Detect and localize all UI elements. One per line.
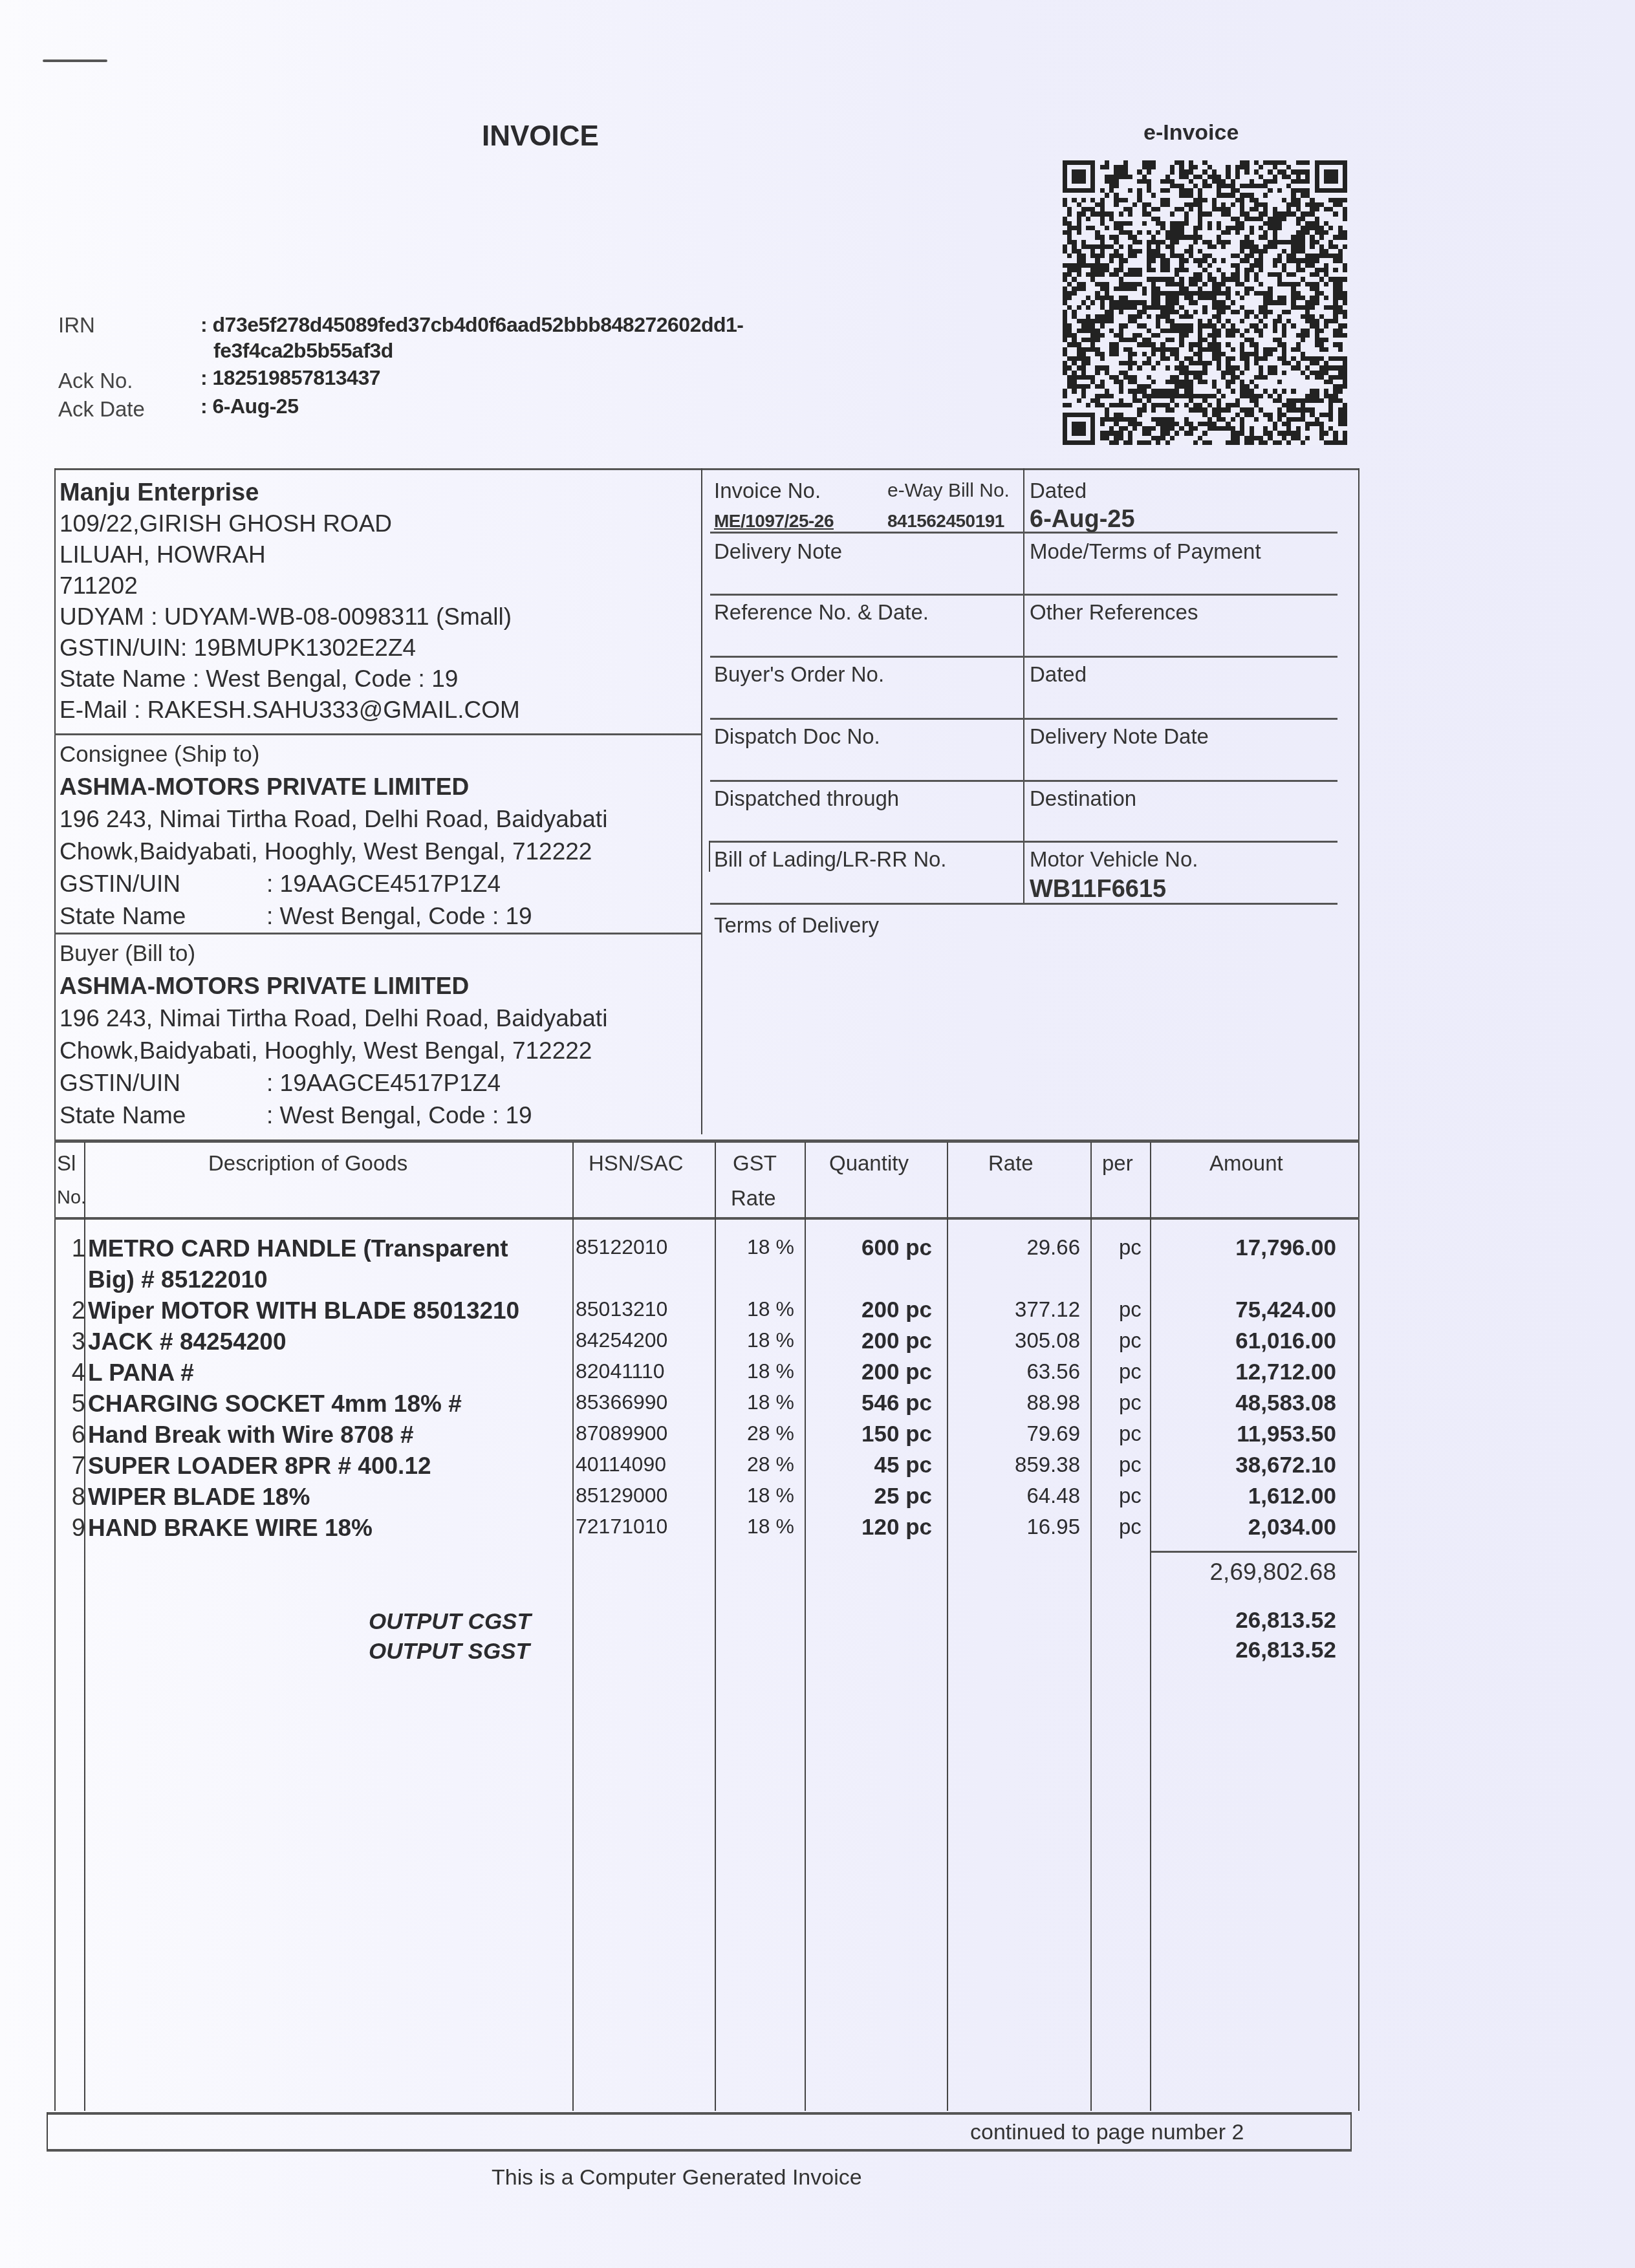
other-references-label: Other References bbox=[1030, 600, 1198, 625]
row-amount: 2,034.00 bbox=[1248, 1515, 1336, 1540]
table-row: 7 SUPER LOADER 8PR # 400.12 40114090 28 … bbox=[0, 1453, 1635, 1484]
table-row: 4 L PANA # 82041110 18 % 200 pc 63.56 pc… bbox=[0, 1359, 1635, 1390]
eway-bill-value: 841562450191 bbox=[887, 511, 1004, 532]
reference-label: Reference No. & Date. bbox=[714, 600, 929, 625]
row-hsn: 85122010 bbox=[576, 1235, 667, 1259]
row-hsn: 85366990 bbox=[576, 1390, 667, 1414]
subtotal-amount: 2,69,802.68 bbox=[1210, 1559, 1336, 1586]
row-description: SUPER LOADER 8PR # 400.12 bbox=[88, 1453, 431, 1480]
irn-value-line2: fe3f4ca2b5b55af3d bbox=[213, 339, 393, 363]
col-header-description: Description of Goods bbox=[208, 1151, 407, 1176]
dated-label: Dated bbox=[1030, 479, 1087, 503]
row-quantity: 200 pc bbox=[861, 1359, 932, 1385]
row-description: JACK # 84254200 bbox=[88, 1328, 287, 1355]
table-row: 6 Hand Break with Wire 8708 # 87089900 2… bbox=[0, 1421, 1635, 1453]
row-amount: 17,796.00 bbox=[1235, 1235, 1336, 1261]
row-rate: 29.66 bbox=[1026, 1235, 1080, 1260]
ack-date-value: : 6-Aug-25 bbox=[200, 394, 298, 418]
dispatched-through-label: Dispatched through bbox=[714, 786, 899, 811]
row-sl: 2 bbox=[72, 1297, 85, 1325]
col-header-per: per bbox=[1102, 1151, 1133, 1176]
row-rate: 88.98 bbox=[1026, 1390, 1080, 1415]
consignee-address-line2: Chowk,Baidyabati, Hooghly, West Bengal, … bbox=[60, 836, 607, 868]
consignee-gstin-label: GSTIN/UIN bbox=[60, 870, 180, 897]
row-gst: 18 % bbox=[747, 1359, 794, 1383]
row-per: pc bbox=[1119, 1484, 1142, 1508]
row-rate: 64.48 bbox=[1026, 1484, 1080, 1508]
row-amount: 12,712.00 bbox=[1235, 1359, 1336, 1385]
consignee-state-label: State Name bbox=[60, 903, 186, 929]
consignee-state: : West Bengal, Code : 19 bbox=[266, 900, 532, 933]
row-quantity: 200 pc bbox=[861, 1297, 932, 1323]
row-hsn: 40114090 bbox=[576, 1453, 666, 1476]
row-hsn: 84254200 bbox=[576, 1328, 667, 1352]
row-rate: 305.08 bbox=[1015, 1328, 1080, 1353]
invoice-no-value: ME/1097/25-26 bbox=[714, 511, 834, 532]
row-amount: 48,583.08 bbox=[1235, 1390, 1336, 1416]
row-amount: 38,672.10 bbox=[1235, 1453, 1336, 1478]
row-hsn: 72171010 bbox=[576, 1515, 667, 1539]
tax-amount-sgst: 26,813.52 bbox=[1235, 1637, 1336, 1663]
row-hsn: 82041110 bbox=[576, 1359, 665, 1383]
col-header-quantity: Quantity bbox=[829, 1151, 909, 1176]
row-description: METRO CARD HANDLE (Transparent bbox=[88, 1235, 508, 1262]
col-header-gst-rate: Rate bbox=[731, 1186, 776, 1211]
row-description: WIPER BLADE 18% bbox=[88, 1484, 310, 1511]
dated-value: 6-Aug-25 bbox=[1030, 506, 1135, 534]
row-per: pc bbox=[1119, 1453, 1142, 1477]
row-quantity: 546 pc bbox=[861, 1390, 932, 1416]
table-row-continuation: Big) # 85122010 bbox=[0, 1266, 1635, 1297]
row-hsn: 85013210 bbox=[576, 1297, 667, 1321]
buyer-heading: Buyer (Bill to) bbox=[60, 938, 607, 970]
buyer-state: : West Bengal, Code : 19 bbox=[266, 1099, 532, 1132]
ack-date-label: Ack Date bbox=[58, 397, 145, 422]
col-header-sl: Sl bbox=[57, 1151, 76, 1176]
delivery-note-label: Delivery Note bbox=[714, 539, 842, 564]
row-rate: 859.38 bbox=[1015, 1453, 1080, 1477]
row-quantity: 120 pc bbox=[861, 1515, 932, 1540]
consignee-name: ASHMA-MOTORS PRIVATE LIMITED bbox=[60, 771, 607, 803]
row-quantity: 25 pc bbox=[874, 1484, 933, 1509]
document-title: INVOICE bbox=[482, 120, 599, 153]
table-row: 1 METRO CARD HANDLE (Transparent 8512201… bbox=[0, 1235, 1635, 1266]
irn-value-line1: : d73e5f278d45089fed37cb4d0f6aad52bbb848… bbox=[200, 313, 743, 337]
ack-no-value: : 182519857813437 bbox=[200, 366, 380, 390]
col-header-gst: GST bbox=[733, 1151, 777, 1176]
buyer-address-line2: Chowk,Baidyabati, Hooghly, West Bengal, … bbox=[60, 1035, 607, 1067]
seller-gstin: GSTIN/UIN: 19BMUPK1302E2Z4 bbox=[60, 632, 520, 664]
row-hsn: 87089900 bbox=[576, 1421, 667, 1445]
row-per: pc bbox=[1119, 1359, 1142, 1384]
row-gst: 28 % bbox=[747, 1453, 794, 1476]
row-per: pc bbox=[1119, 1421, 1142, 1446]
row-description-line2: Big) # 85122010 bbox=[88, 1266, 268, 1293]
buyer-name: ASHMA-MOTORS PRIVATE LIMITED bbox=[60, 970, 607, 1002]
row-gst: 18 % bbox=[747, 1484, 794, 1507]
row-sl: 7 bbox=[72, 1453, 85, 1480]
buyer-state-label: State Name bbox=[60, 1102, 186, 1129]
seller-block: Manju Enterprise 109/22,GIRISH GHOSH ROA… bbox=[60, 477, 520, 726]
row-description: Wiper MOTOR WITH BLADE 85013210 bbox=[88, 1297, 519, 1324]
row-hsn: 85129000 bbox=[576, 1484, 667, 1507]
col-header-amount: Amount bbox=[1209, 1151, 1283, 1176]
row-sl: 4 bbox=[72, 1359, 85, 1387]
continued-note: continued to page number 2 bbox=[970, 2120, 1244, 2145]
row-per: pc bbox=[1119, 1297, 1142, 1322]
ack-no-label: Ack No. bbox=[58, 369, 133, 393]
table-row: 9 HAND BRAKE WIRE 18% 72171010 18 % 120 … bbox=[0, 1515, 1635, 1546]
row-description: L PANA # bbox=[88, 1359, 194, 1387]
eway-bill-label: e-Way Bill No. bbox=[887, 480, 1010, 502]
seller-city: LILUAH, HOWRAH bbox=[60, 539, 520, 570]
row-description: HAND BRAKE WIRE 18% bbox=[88, 1515, 373, 1542]
tax-label-cgst: OUTPUT CGST bbox=[369, 1609, 531, 1635]
row-sl: 5 bbox=[72, 1390, 85, 1418]
order-dated-label: Dated bbox=[1030, 662, 1087, 687]
row-amount: 75,424.00 bbox=[1235, 1297, 1336, 1323]
buyer-address-line1: 196 243, Nimai Tirtha Road, Delhi Road, … bbox=[60, 1002, 607, 1035]
row-quantity: 200 pc bbox=[861, 1328, 932, 1354]
row-gst: 28 % bbox=[747, 1421, 794, 1445]
buyers-order-label: Buyer's Order No. bbox=[714, 662, 884, 687]
row-gst: 18 % bbox=[747, 1390, 794, 1414]
col-header-hsn: HSN/SAC bbox=[589, 1151, 684, 1176]
vehicle-no-label: Motor Vehicle No. bbox=[1030, 847, 1198, 872]
row-gst: 18 % bbox=[747, 1328, 794, 1352]
row-per: pc bbox=[1119, 1515, 1142, 1539]
consignee-block: Consignee (Ship to) ASHMA-MOTORS PRIVATE… bbox=[60, 739, 607, 933]
delivery-note-date-label: Delivery Note Date bbox=[1030, 724, 1209, 749]
row-quantity: 600 pc bbox=[861, 1235, 932, 1261]
row-per: pc bbox=[1119, 1328, 1142, 1353]
row-rate: 377.12 bbox=[1015, 1297, 1080, 1322]
row-sl: 6 bbox=[72, 1421, 85, 1449]
payment-terms-label: Mode/Terms of Payment bbox=[1030, 539, 1261, 564]
row-rate: 16.95 bbox=[1026, 1515, 1080, 1539]
seller-address-line: 109/22,GIRISH GHOSH ROAD bbox=[60, 508, 520, 539]
col-header-sl-no: No. bbox=[57, 1187, 86, 1209]
vehicle-no-value: WB11F6615 bbox=[1030, 876, 1166, 903]
buyer-block: Buyer (Bill to) ASHMA-MOTORS PRIVATE LIM… bbox=[60, 938, 607, 1132]
row-amount: 1,612.00 bbox=[1248, 1484, 1336, 1509]
seller-state: State Name : West Bengal, Code : 19 bbox=[60, 664, 520, 695]
table-row: 8 WIPER BLADE 18% 85129000 18 % 25 pc 64… bbox=[0, 1484, 1635, 1515]
items-table-body: 1 METRO CARD HANDLE (Transparent 8512201… bbox=[0, 0, 1635, 1]
row-amount: 11,953.50 bbox=[1237, 1421, 1336, 1447]
invoice-no-label: Invoice No. bbox=[714, 479, 821, 503]
row-quantity: 150 pc bbox=[861, 1421, 932, 1447]
row-rate: 63.56 bbox=[1026, 1359, 1080, 1384]
row-sl: 9 bbox=[72, 1515, 85, 1542]
row-sl: 8 bbox=[72, 1484, 85, 1511]
buyer-gstin: : 19AAGCE4517P1Z4 bbox=[266, 1067, 501, 1099]
irn-label: IRN bbox=[58, 313, 95, 338]
row-gst: 18 % bbox=[747, 1515, 794, 1539]
tax-label-sgst: OUTPUT SGST bbox=[369, 1639, 530, 1665]
bill-of-lading-label: Bill of Lading/LR-RR No. bbox=[714, 847, 947, 872]
terms-of-delivery-label: Terms of Delivery bbox=[714, 913, 879, 938]
qr-code-icon bbox=[1063, 160, 1347, 445]
seller-email: E-Mail : RAKESH.SAHU333@GMAIL.COM bbox=[60, 695, 520, 726]
row-sl: 3 bbox=[72, 1328, 85, 1356]
row-quantity: 45 pc bbox=[874, 1453, 933, 1478]
seller-name: Manju Enterprise bbox=[60, 477, 520, 508]
seller-udyam: UDYAM : UDYAM-WB-08-0098311 (Small) bbox=[60, 601, 520, 632]
scan-artifact-mark bbox=[43, 59, 107, 62]
col-header-rate: Rate bbox=[988, 1151, 1034, 1176]
row-gst: 18 % bbox=[747, 1297, 794, 1321]
consignee-gstin: : 19AAGCE4517P1Z4 bbox=[266, 868, 501, 900]
row-description: CHARGING SOCKET 4mm 18% # bbox=[88, 1390, 462, 1418]
tax-amount-cgst: 26,813.52 bbox=[1235, 1608, 1336, 1634]
table-row: 5 CHARGING SOCKET 4mm 18% # 85366990 18 … bbox=[0, 1390, 1635, 1421]
row-rate: 79.69 bbox=[1026, 1421, 1080, 1446]
table-row: 2 Wiper MOTOR WITH BLADE 85013210 850132… bbox=[0, 1297, 1635, 1328]
row-amount: 61,016.00 bbox=[1235, 1328, 1336, 1354]
consignee-heading: Consignee (Ship to) bbox=[60, 739, 607, 771]
row-description: Hand Break with Wire 8708 # bbox=[88, 1421, 413, 1449]
computer-generated-note: This is a Computer Generated Invoice bbox=[492, 2165, 862, 2190]
einvoice-label: e-Invoice bbox=[1143, 120, 1239, 146]
row-per: pc bbox=[1119, 1390, 1142, 1415]
row-per: pc bbox=[1119, 1235, 1142, 1260]
buyer-gstin-label: GSTIN/UIN bbox=[60, 1070, 180, 1096]
seller-pincode: 711202 bbox=[60, 570, 520, 601]
consignee-address-line1: 196 243, Nimai Tirtha Road, Delhi Road, … bbox=[60, 803, 607, 836]
row-sl: 1 bbox=[72, 1235, 85, 1263]
destination-label: Destination bbox=[1030, 786, 1136, 811]
table-row: 3 JACK # 84254200 84254200 18 % 200 pc 3… bbox=[0, 1328, 1635, 1359]
dispatch-doc-label: Dispatch Doc No. bbox=[714, 724, 880, 749]
row-gst: 18 % bbox=[747, 1235, 794, 1259]
